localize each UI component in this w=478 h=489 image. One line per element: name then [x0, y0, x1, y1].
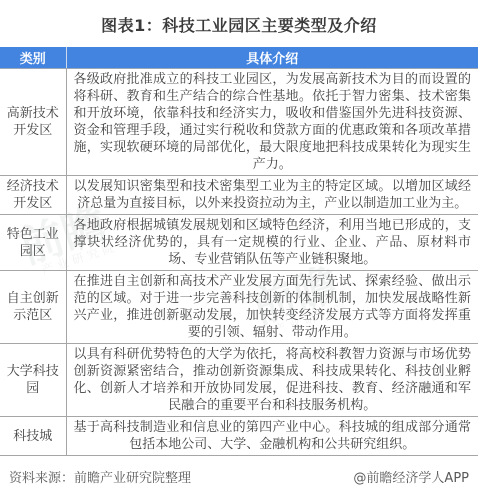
category-cell: 科技城 — [0, 417, 66, 456]
types-table: 类别 具体介绍 高新技术开发区 各级政府批准成立的科技工业园区，为发展高新技术为… — [0, 47, 478, 456]
table-row: 自主创新示范区 在推进自主创新和高技术产业发展方面先行先试、探索经验、做出示范的… — [0, 271, 478, 344]
table-header-row: 类别 具体介绍 — [0, 47, 478, 69]
credit-note: @前瞻经济学人APP — [353, 467, 469, 486]
table-row: 大学科技园 以具有科研优势特色的大学为依托，将高校科教智力资源与市场优势创新资源… — [0, 344, 478, 417]
table-row: 经济技术开发区 以发展知识密集型和技术密集型工业为主的特定区域。以增加区域经济总… — [0, 176, 478, 215]
category-cell: 高新技术开发区 — [0, 69, 66, 176]
category-cell: 自主创新示范区 — [0, 271, 66, 344]
description-cell: 基于高科技制造业和信息业的第四产业中心。科技城的组成部分通常包括本地公司、大学、… — [66, 417, 478, 456]
description-cell: 各级政府批准成立的科技工业园区，为发展高新技术为目的而设置的将科研、教育和生产结… — [66, 69, 478, 176]
page-title: 图表1：科技工业园区主要类型及介绍 — [0, 0, 478, 36]
description-cell: 以发展知识密集型和技术密集型工业为主的特定区域。以增加区域经济总量为直接目标，以… — [66, 176, 478, 215]
header-category: 类别 — [0, 47, 66, 69]
category-cell: 特色工业园区 — [0, 215, 66, 271]
source-note: 资料来源：前瞻产业研究院整理 — [9, 467, 191, 486]
category-cell: 大学科技园 — [0, 344, 66, 417]
table-row: 高新技术开发区 各级政府批准成立的科技工业园区，为发展高新技术为目的而设置的将科… — [0, 69, 478, 176]
category-cell: 经济技术开发区 — [0, 176, 66, 215]
footer: 资料来源：前瞻产业研究院整理 @前瞻经济学人APP — [0, 456, 478, 486]
chart-page: 前瞻 前瞻 产 业 研 究 院 产 业 研 究 院 图表1：科技工业园区主要类型… — [0, 0, 478, 489]
description-cell: 各地政府根据城镇发展规划和区域特色经济，利用当地已形成的，支撑块状经济优势的，具… — [66, 215, 478, 271]
table-row: 科技城 基于高科技制造业和信息业的第四产业中心。科技城的组成部分通常包括本地公司… — [0, 417, 478, 456]
description-cell: 以具有科研优势特色的大学为依托，将高校科教智力资源与市场优势创新资源紧密结合，推… — [66, 344, 478, 417]
table-row: 特色工业园区 各地政府根据城镇发展规划和区域特色经济，利用当地已形成的，支撑块状… — [0, 215, 478, 271]
description-cell: 在推进自主创新和高技术产业发展方面先行先试、探索经验、做出示范的区域。对于进一步… — [66, 271, 478, 344]
header-description: 具体介绍 — [66, 47, 478, 69]
